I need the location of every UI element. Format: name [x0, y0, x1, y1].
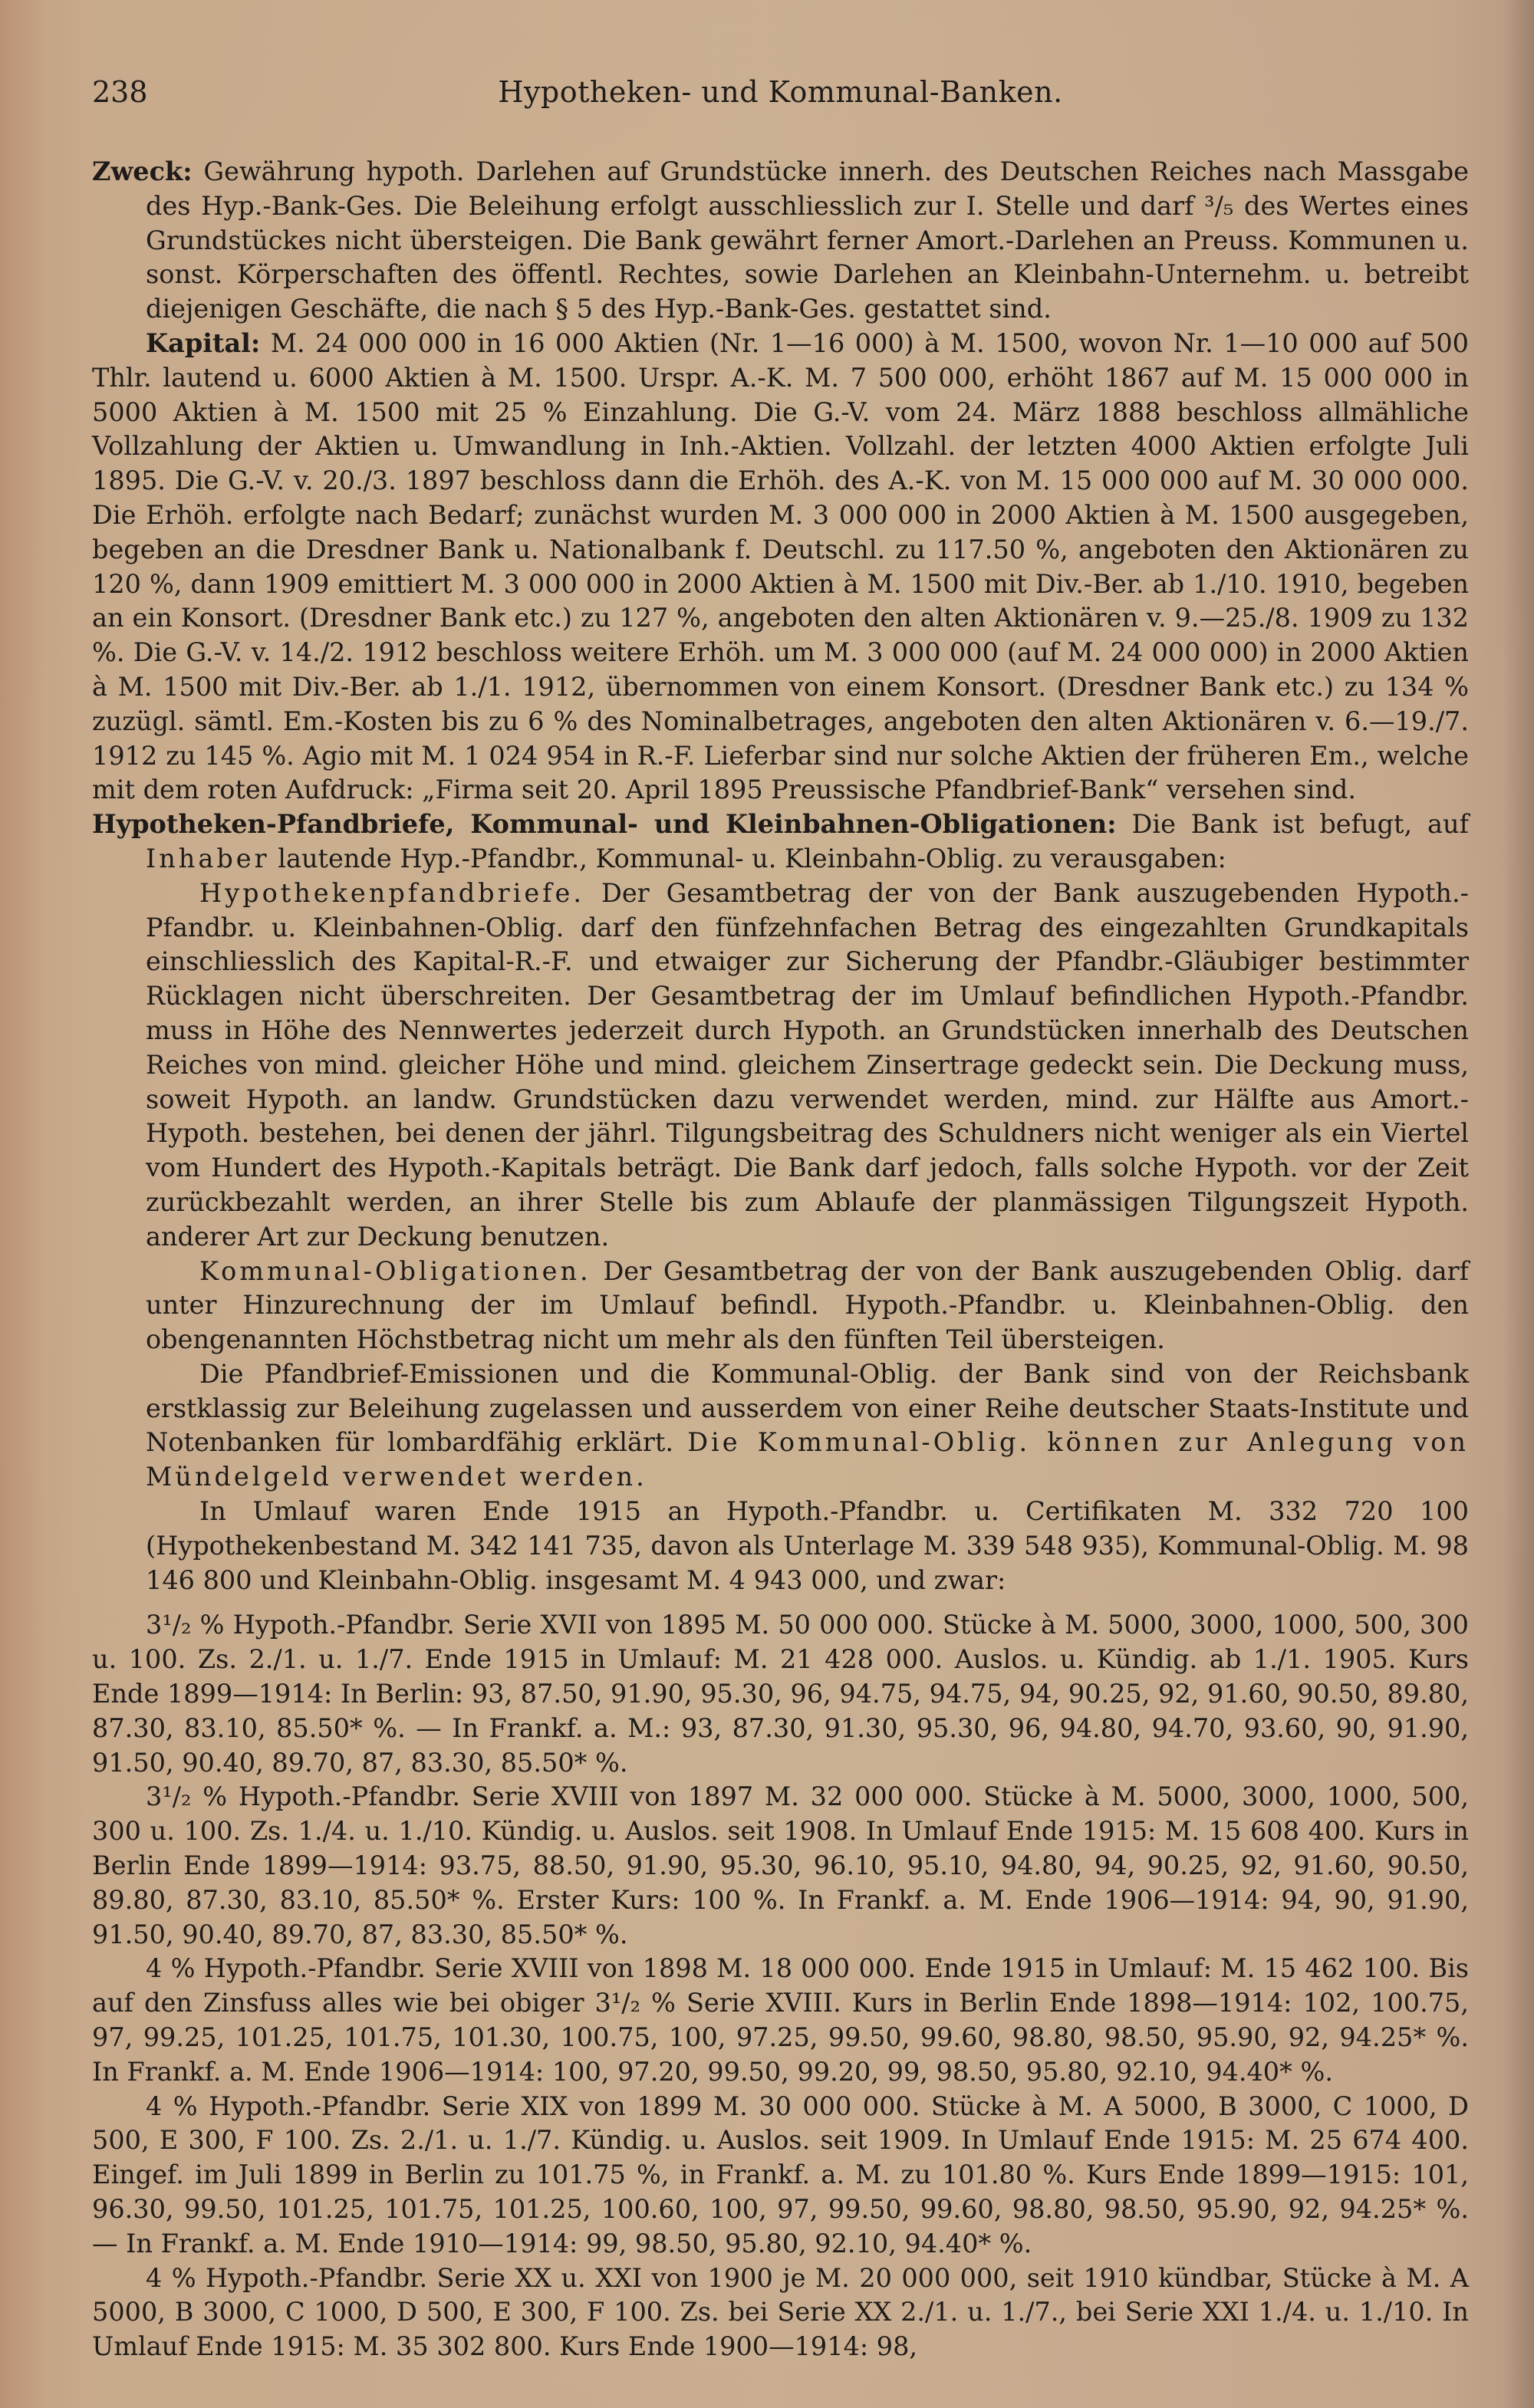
series-entry: 3¹/₂ % Hypoth.-Pfandbr. Serie XVIII von … — [92, 1780, 1469, 1952]
pfandbriefe-intro-b: lautende Hyp.-Pfandbr., Kommunal- u. Kle… — [270, 844, 1226, 873]
kommunal-obligationen-label: Kommunal-Obligationen. — [199, 1256, 591, 1286]
hypothekenpfandbriefe-label: Hypothekenpfandbriefe. — [199, 878, 584, 908]
umlauf-text: In Umlauf waren Ende 1915 an Hypoth.-Pfa… — [146, 1496, 1469, 1595]
pfandbriefe-intro-a: Die Bank ist befugt, auf — [1132, 809, 1469, 839]
series-rate: 4 % — [146, 2263, 196, 2293]
section-text-zweck: Gewährung hypoth. Darlehen auf Grundstüc… — [146, 156, 1469, 324]
series-rate: 4 % — [146, 1953, 195, 1983]
kommunal-obligationen-paragraph: Kommunal-Obligationen. Der Gesamtbetrag … — [146, 1255, 1469, 1357]
series-text: Hypoth.-Pfandbr. Serie XVIII von 1897 M.… — [92, 1781, 1469, 1949]
series-rate: 3¹/₂ % — [146, 1610, 224, 1640]
series-text: Hypoth.-Pfandbr. Serie XIX von 1899 M. 3… — [92, 2091, 1469, 2258]
series-text: Hypoth.-Pfandbr. Serie XVIII von 1898 M.… — [92, 1953, 1469, 2086]
section-zweck: Zweck: Gewährung hypoth. Darlehen auf Gr… — [92, 155, 1469, 327]
section-label-kapital: Kapital: — [146, 328, 260, 358]
section-pfandbriefe: Hypotheken-Pfandbriefe, Kommunal- und Kl… — [92, 808, 1469, 877]
section-text-kapital: M. 24 000 000 in 16 000 Aktien (Nr. 1—16… — [92, 328, 1469, 804]
series-entry: 4 % Hypoth.-Pfandbr. Serie XVIII von 189… — [92, 1952, 1469, 2089]
book-page: 238 Hypotheken- und Kommunal-Banken. Zwe… — [92, 69, 1469, 2364]
running-head: 238 Hypotheken- und Kommunal-Banken. — [92, 69, 1469, 115]
running-title: Hypotheken- und Kommunal-Banken. — [92, 69, 1469, 115]
umlauf-paragraph: In Umlauf waren Ende 1915 an Hypoth.-Pfa… — [146, 1495, 1469, 1597]
body-text: Zweck: Gewährung hypoth. Darlehen auf Gr… — [92, 155, 1469, 2364]
series-text: Hypoth.-Pfandbr. Serie XX u. XXI von 190… — [92, 2263, 1469, 2362]
page-edge-shading — [0, 0, 46, 2408]
pfandbriefe-details: Hypothekenpfandbriefe. Der Gesamtbetrag … — [92, 877, 1469, 1598]
section-kapital: Kapital: M. 24 000 000 in 16 000 Aktien … — [92, 327, 1469, 808]
series-text: Hypoth.-Pfandbr. Serie XVII von 1895 M. … — [92, 1610, 1469, 1777]
hypothekenpfandbriefe-paragraph: Hypothekenpfandbriefe. Der Gesamtbetrag … — [146, 877, 1469, 1255]
hypothekenpfandbriefe-text: Der Gesamtbetrag der von der Bank auszug… — [146, 878, 1469, 1252]
series-entry: 3¹/₂ % Hypoth.-Pfandbr. Serie XVII von 1… — [92, 1608, 1469, 1780]
series-rate: 3¹/₂ % — [146, 1781, 227, 1811]
series-rate: 4 % — [146, 2091, 198, 2121]
section-label-pfandbriefe: Hypotheken-Pfandbriefe, Kommunal- und Kl… — [92, 809, 1117, 839]
section-label-zweck: Zweck: — [92, 156, 193, 186]
spine-shadow — [1503, 0, 1534, 2408]
series-entry: 4 % Hypoth.-Pfandbr. Serie XIX von 1899 … — [92, 2090, 1469, 2262]
reichsbank-paragraph: Die Pfandbrief-Emissionen und die Kommun… — [146, 1357, 1469, 1495]
series-entry: 4 % Hypoth.-Pfandbr. Serie XX u. XXI von… — [92, 2262, 1469, 2364]
pfandbriefe-intro-spaced: Inhaber — [146, 844, 270, 873]
